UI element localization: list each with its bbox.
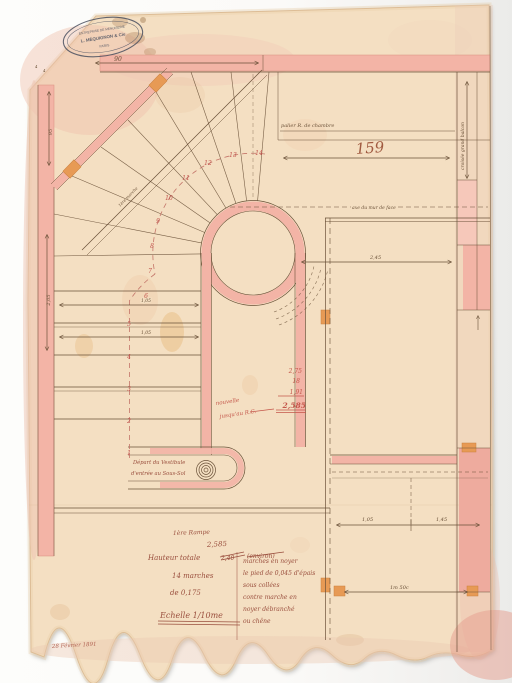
dim-room-left: 1,05 xyxy=(362,517,373,523)
note-material-2: le pied de 0,045 d'épais xyxy=(243,570,315,577)
note-material-3: sous collées xyxy=(243,582,280,589)
label-palier: palier R. de chambre xyxy=(281,123,334,129)
note-material-4: contre marche en xyxy=(243,594,297,601)
jamb-dim-left xyxy=(334,586,345,596)
wall-right-a xyxy=(458,180,477,245)
note-riser: de 0,175 xyxy=(170,589,201,597)
dim-top: 90 xyxy=(114,56,122,63)
step-number: 13 xyxy=(229,152,237,159)
red-note-total: 2,585 xyxy=(282,401,307,410)
step-number: 11 xyxy=(182,175,190,182)
step-number: 3 xyxy=(127,386,131,393)
label-window: croisée grand balcon xyxy=(459,122,466,170)
jamb-right-band xyxy=(462,443,476,452)
wall-left xyxy=(38,85,54,556)
step-number: 5 xyxy=(127,321,131,328)
note-steps-count: 14 marches xyxy=(172,572,214,580)
red-note-v2: 18 xyxy=(292,378,300,385)
note-material-1: marches en noyer xyxy=(243,558,299,565)
wall-right-c xyxy=(459,448,490,592)
note-material-5: noyer débranché xyxy=(243,606,295,613)
step-number: 12 xyxy=(204,160,212,167)
step-number: 2 xyxy=(126,418,131,425)
wall-right-b xyxy=(463,245,490,310)
label-depart-2: d'entrée au Sous-Sol xyxy=(131,470,186,477)
dim-room-right: 1,45 xyxy=(436,517,447,523)
scanned-stair-plan: ENTREPRISE DE MENUISERIE L. MÉQUIGNON & … xyxy=(0,0,512,683)
step-number: 9 xyxy=(156,218,160,225)
dim-corner-b: 4 xyxy=(42,68,46,73)
label-axis: axe du mur de face xyxy=(352,205,396,211)
step-number: 4 xyxy=(126,354,131,361)
dim-hall: 2,45 xyxy=(369,255,381,261)
step-number: 10 xyxy=(165,195,173,202)
well-right-band xyxy=(296,253,305,447)
dim-left-lower: 2,05 xyxy=(46,294,52,306)
dim-room-bottom: 1m 50c xyxy=(390,585,409,591)
step-number: 1 xyxy=(127,450,131,457)
plan-drawing: ENTREPRISE DE MENUISERIE L. MÉQUIGNON & … xyxy=(0,0,512,683)
step-number: 6 xyxy=(144,293,148,300)
red-note-v1: 2,75 xyxy=(288,368,303,375)
label-depart-1: Départ du Vestibule xyxy=(132,459,185,466)
note-struck-value: 2,40 xyxy=(220,555,235,562)
dim-left-upper: 95 xyxy=(48,129,54,135)
dim-corner-a: 4 xyxy=(34,64,38,69)
dim-main-159: 159 xyxy=(355,138,385,158)
step-number: 8 xyxy=(150,243,154,250)
note-title: 1ère Rampe xyxy=(173,529,211,537)
note-height-label: Hauteur totale xyxy=(147,554,200,562)
red-note-v3: 1,91 xyxy=(290,389,303,396)
well-left-band xyxy=(202,253,211,449)
step-number: 7 xyxy=(148,268,152,275)
jamb-dim-right xyxy=(467,586,478,596)
note-material-6: ou chêne xyxy=(243,618,271,625)
step-number: 14 xyxy=(255,150,263,157)
note-corrected-value: 2,585 xyxy=(206,540,228,549)
wall-bottom-room xyxy=(332,456,457,464)
dim-flight-b: 1,05 xyxy=(141,330,151,336)
note-scale: Echelle 1/10me xyxy=(159,611,223,620)
